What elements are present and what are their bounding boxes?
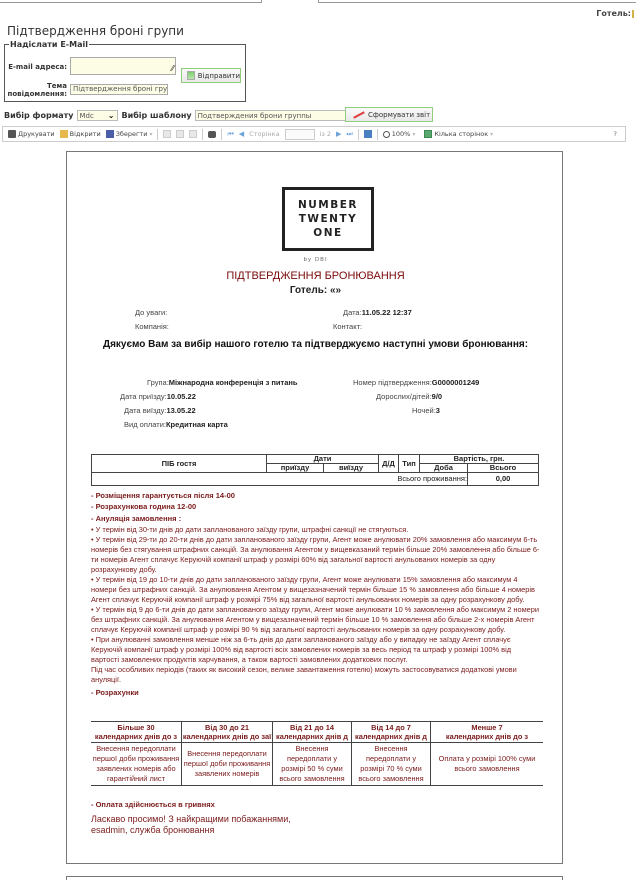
fullscreen-icon [364,130,372,138]
dropdown-arrow-icon: ▾ [412,131,415,138]
payment-col-header: Від 30 до 21календарних днів до заї [182,722,273,743]
payment-term-cell: Внесення передоплати у розмірі 50 % суми… [273,743,352,786]
dropdown-arrow-icon: ▾ [149,131,152,138]
print-button[interactable]: Друкувати [8,130,55,138]
cancellation-item: • У термін від 19 до 10-ти днів до дати … [91,575,541,605]
zoom-button[interactable]: 100%▾ [383,130,416,138]
thanks-message: Дякуємо Вам за вибір нашого готелю та пі… [67,339,564,350]
bookmarks-button[interactable] [163,130,171,138]
find-button[interactable] [208,131,216,138]
format-label: Вибір формату [4,111,74,120]
envelope-icon [187,71,195,80]
toolbar-separator [221,129,222,140]
multipage-icon [424,130,432,138]
report-options-row: Вибір формату Mdc⌄ Вибір шаблону Подтвер… [4,109,367,122]
prev-page-icon: ◀ [239,130,244,138]
chart-icon [353,111,364,119]
departure-date-field: Дата виїзду:13.05.22 [124,406,196,415]
hotel-selector[interactable]: Готель: [596,9,634,18]
cancellation-item: • У термін від 29-ти до 20-ти днів до да… [91,535,541,575]
col-total: Всього [468,464,539,473]
hotel-label: Готель: [596,9,631,18]
copy-icon [189,130,197,138]
toolbar-separator [202,129,203,140]
cancellation-item: • При анулюванні замовлення менше ніж за… [91,635,541,665]
binoculars-icon [208,131,216,138]
company-field: Компанія: [135,322,169,331]
payment-term-cell: Внесення передоплати першої доби прожива… [182,743,273,786]
save-button[interactable]: Зберегти▾ [106,130,153,138]
col-arrival: приїзду [267,464,324,473]
document-title: ПІДТВЕРДЖЕННЯ БРОНЮВАННЯ [67,270,564,282]
guest-table: ПІБ гостя Дати Д/Д Тип Вартість, грн. пр… [91,454,539,486]
contact-field: Контакт: [333,322,362,331]
tab-strip-right [318,0,636,3]
template-label: Вибір шаблону [122,111,192,120]
payment-term-cell: Оплата у розмірі 100% суми всього замовл… [431,743,544,786]
date-field: Дата:11.05.22 12:37 [343,308,412,317]
help-button[interactable]: ? [614,130,617,138]
dropdown-arrow-icon: ▾ [490,131,493,138]
subject-field[interactable]: Підтвердження броні груп [70,84,168,95]
col-dd: Д/Д [379,455,399,473]
parameters-button[interactable] [176,130,184,138]
total-stay-value: 0,00 [468,473,539,486]
magnifier-icon [383,131,390,138]
col-guest-name: ПІБ гостя [92,455,267,473]
next-page-button[interactable]: ▶ [336,130,341,138]
page-label: Сторінка [249,130,279,138]
payment-type-field: Вид оплати:Кредитная карта [124,420,228,429]
cancellation-item: Під час особливих періодів (таких як вис… [91,665,541,685]
payment-col-header: Від 14 до 7календарних днів д [352,722,431,743]
template-select[interactable]: Подтверждения брони группы⌄ [195,110,363,121]
nights-field: Ночей:3 [412,406,440,415]
folder-icon [60,130,68,138]
resize-handle-icon[interactable]: ⁄⁄ [171,65,174,73]
subject-label: Темаповідомлення: [7,82,67,98]
page-number-input[interactable] [285,129,315,140]
payment-terms-table: Більше 30календарних днів до з Від 30 до… [91,721,543,786]
cancellation-heading: - Ануляція замовлення : [91,514,541,524]
adults-children-field: Дорослих/дітей:9/0 [376,392,442,401]
payments-heading: - Розрахунки [91,688,541,698]
first-page-icon: ⏮ [227,130,233,139]
checkout-note: - Розрахункова година 12-00 [91,502,541,512]
first-page-button[interactable]: ⏮ [227,130,233,139]
total-stay-label: Всього проживання: [92,473,468,486]
next-page-icon: ▶ [336,130,341,138]
format-select[interactable]: Mdc⌄ [77,110,118,121]
last-page-button[interactable]: ⏭ [346,130,352,139]
payment-term-cell: Внесення передоплати у розмірі 70 % суми… [352,743,431,786]
report-page-2 [66,876,563,880]
copy-button[interactable] [189,130,197,138]
regards-text: Ласкаво просимо! З найкращими побажанням… [91,814,291,836]
chevron-down-icon: ⌄ [108,111,115,120]
group-field: Група:Міжнародна конференція з питань [147,378,298,387]
printer-icon [8,130,16,138]
document-hotel: Готель: «» [67,285,564,296]
logo-subtitle: by DBI [67,257,564,263]
toolbar-separator [157,129,158,140]
tab-strip-left [0,0,262,3]
currency-note: - Оплата здійснюється в гривнях [91,800,215,809]
multipage-button[interactable]: Кілька сторінок▾ [424,130,493,138]
floppy-disk-icon [106,130,114,138]
send-email-legend: Надіслати E-Mail [9,40,89,49]
cancellation-item: • У термін від 30-ти днів до дати заплан… [91,525,541,535]
col-departure: виїзду [324,464,379,473]
report-page: NUMBER TWENTY ONE by DBI ПІДТВЕРДЖЕННЯ Б… [66,151,563,864]
toolbar-separator [358,129,359,140]
checkin-note: - Розміщення гарантується після 14-00 [91,491,541,501]
email-label: E-mail адреса: [7,63,67,71]
col-type: Тип [399,455,420,473]
col-per-day: Доба [420,464,468,473]
payment-col-header: Від 21 до 14календарних днів д [273,722,352,743]
send-email-panel: Надіслати E-Mail E-mail адреса: ⁄⁄ Темап… [4,40,246,102]
confirmation-number-field: Номер підтвердження:G0000001249 [353,378,479,387]
arrival-date-field: Дата приїзду:10.05.22 [120,392,196,401]
open-button[interactable]: Відкрити [60,130,101,138]
last-page-icon: ⏭ [346,130,352,139]
attention-field: До уваги: [135,308,167,317]
clipboard-icon [176,130,184,138]
payment-term-cell: Внесення передоплати першої доби прожива… [91,743,182,786]
payment-col-header: Більше 30календарних днів до з [91,722,182,743]
report-viewer-toolbar: Друкувати Відкрити Зберегти▾ ⏮ ◀ Сторінк… [2,126,626,142]
page-count: із 2 [320,130,331,138]
page-title: Підтвердження броні групи [7,24,184,38]
cancellation-item: • У термін від 9 до 6-ти днів до дати за… [91,605,541,635]
hotel-marker [632,10,634,18]
hotel-logo: NUMBER TWENTY ONE [282,187,374,251]
fullscreen-button[interactable] [364,130,372,138]
generate-report-button[interactable]: Сформувати звіт [345,107,433,122]
bookmarks-icon [163,130,171,138]
send-button[interactable]: Відправити [181,68,241,83]
top-tab-strip [0,0,636,3]
booking-notes: - Розміщення гарантується після 14-00 - … [91,491,541,699]
email-address-field[interactable]: ⁄⁄ [70,57,176,75]
toolbar-separator [377,129,378,140]
payment-col-header: Менше 7календарних днів до з [431,722,544,743]
prev-page-button[interactable]: ◀ [239,130,244,138]
